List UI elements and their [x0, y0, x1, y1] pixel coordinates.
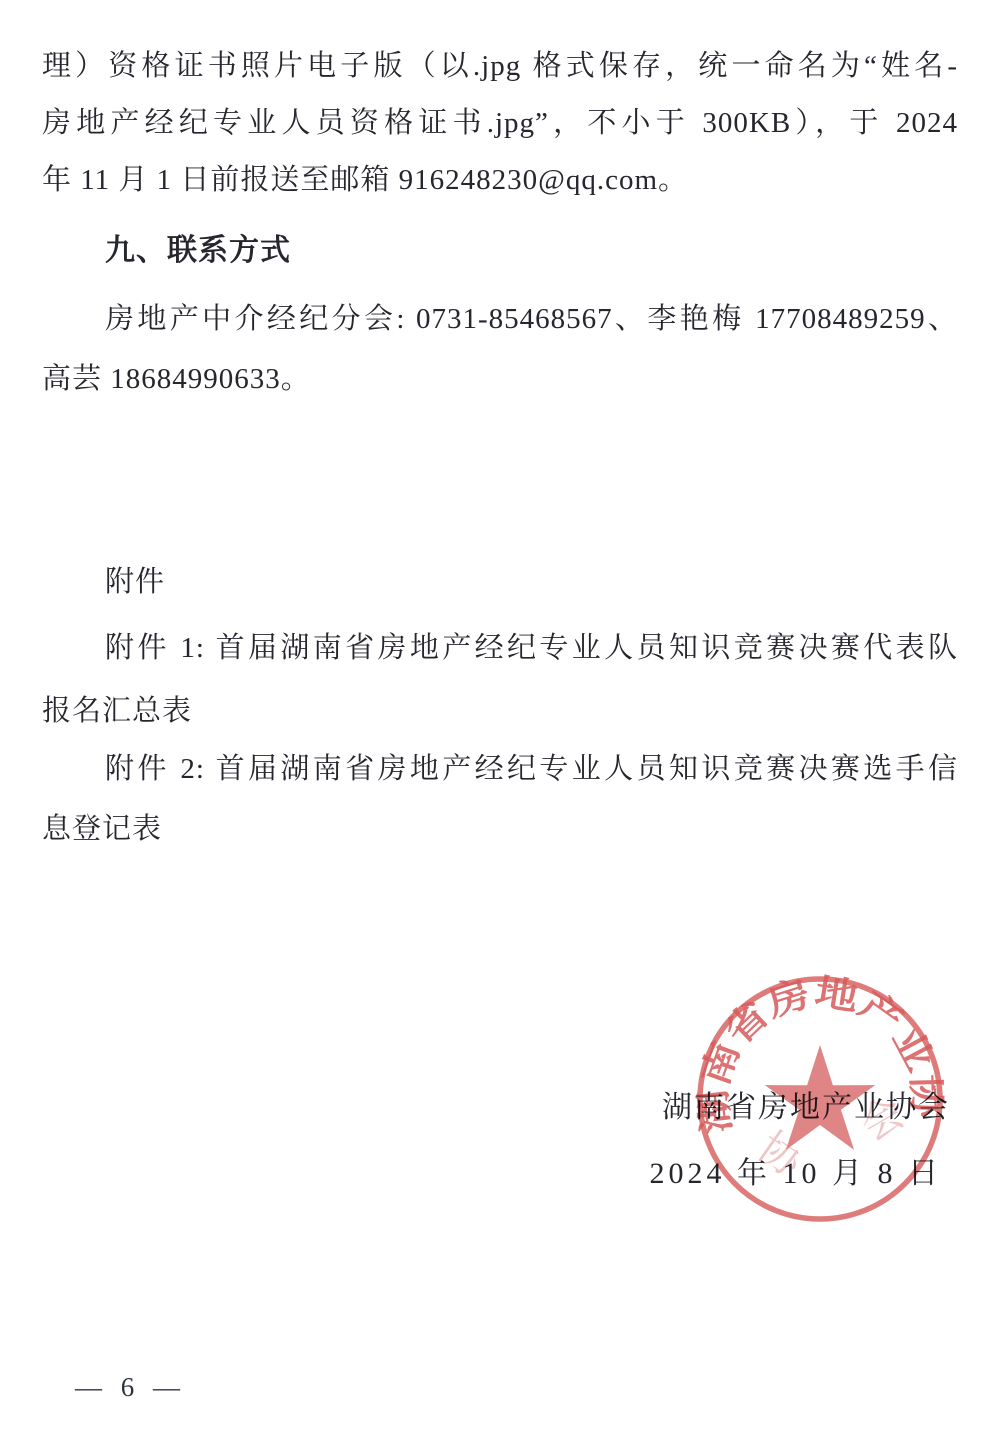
section-heading: 九、联系方式: [105, 231, 958, 271]
contact-line: 高芸 18684990633。: [42, 359, 958, 399]
page-number: — 6 —: [75, 1372, 186, 1403]
document-page: 理）资格证书照片电子版（以.jpg 格式保存，统一命名为“姓名- 房地产经纪专业…: [0, 0, 1000, 1447]
organization-name: 湖南省房地产业协会: [662, 1082, 950, 1126]
body-line: 房地产经纪专业人员资格证书.jpg”，不小于 300KB），于 2024: [42, 103, 958, 143]
document-date: 2024 年 10 月 8 日: [650, 1148, 943, 1192]
attachment-1-line: 报名汇总表: [42, 691, 958, 731]
attachment-2-line: 附件 2: 首届湖南省房地产经纪专业人员知识竞赛决赛选手信: [105, 749, 958, 789]
attachment-1-line: 附件 1: 首届湖南省房地产经纪专业人员知识竞赛决赛代表队: [105, 628, 958, 668]
attachment-2-line: 息登记表: [42, 809, 958, 849]
attachments-label: 附件: [105, 562, 958, 602]
body-line: 年 11 月 1 日前报送至邮箱 916248230@qq.com。: [42, 160, 958, 200]
contact-line: 房地产中介经纪分会: 0731-85468567、李艳梅 17708489259…: [105, 299, 958, 339]
body-line: 理）资格证书照片电子版（以.jpg 格式保存，统一命名为“姓名-: [42, 46, 958, 86]
